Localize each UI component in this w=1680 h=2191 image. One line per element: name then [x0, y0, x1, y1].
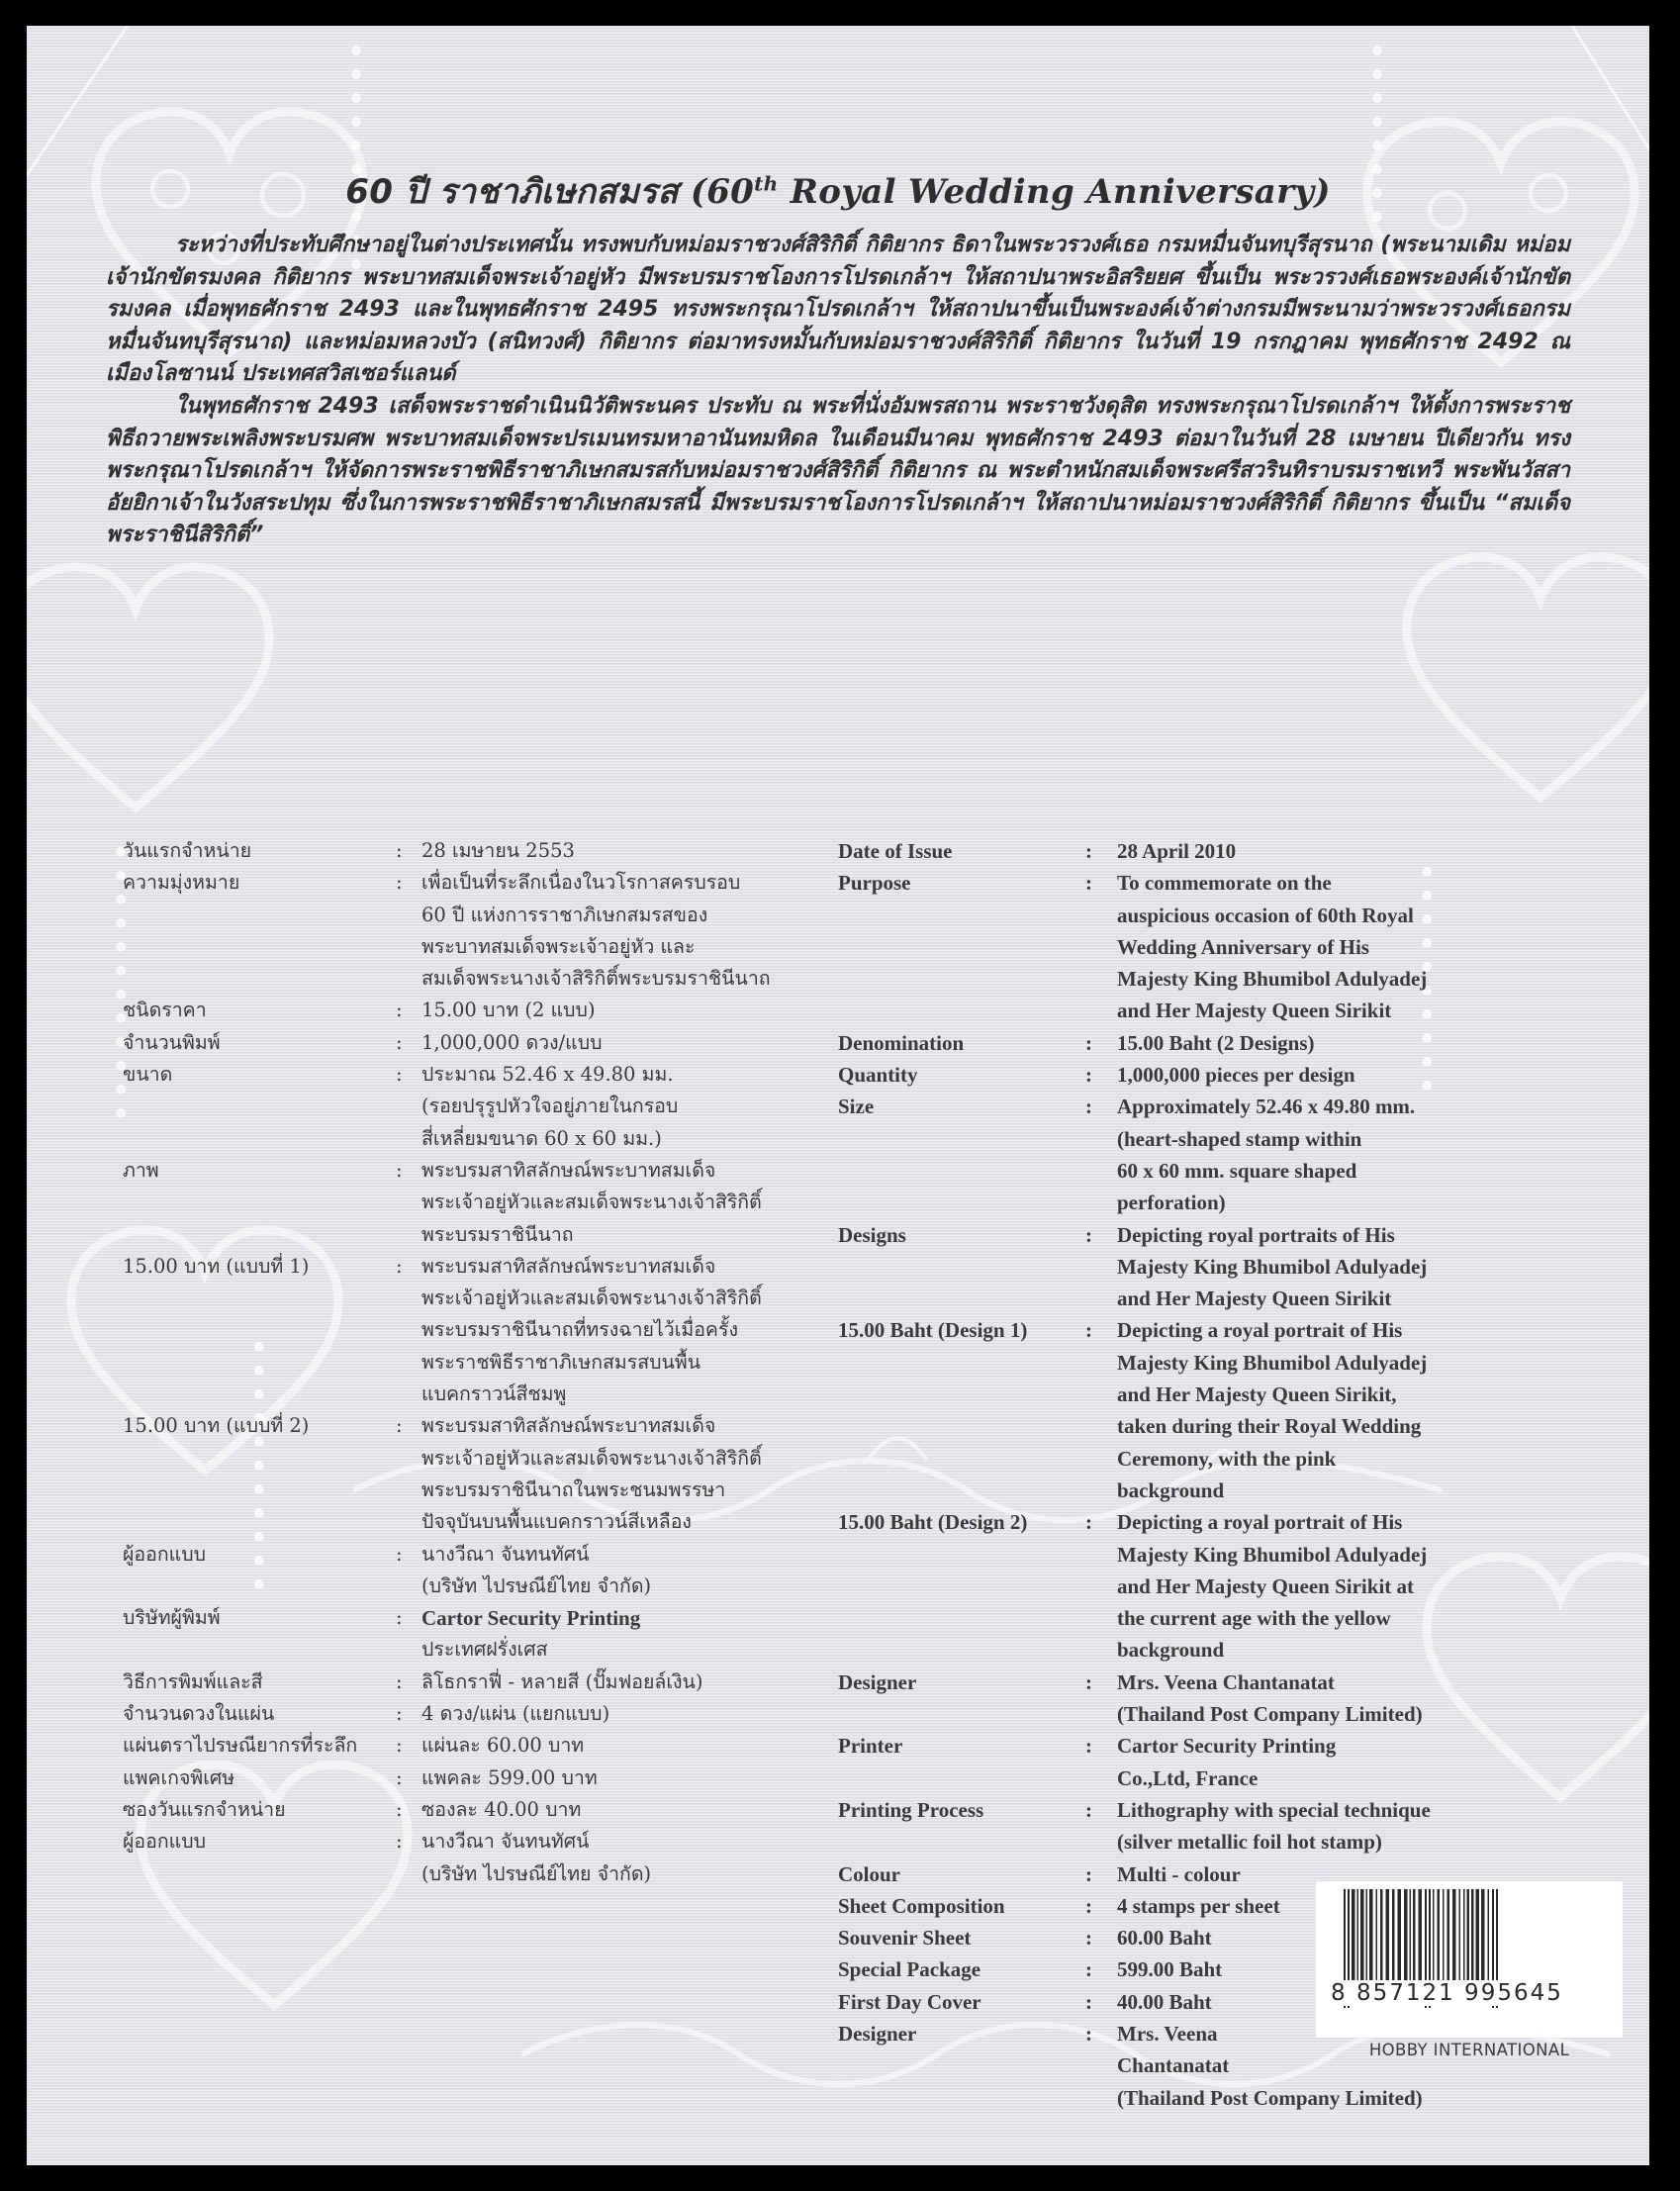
- detail-value-line: and Her Majesty Queen Sirikit,: [1117, 1379, 1511, 1410]
- detail-value-line: (heart-shaped stamp within: [1117, 1123, 1511, 1155]
- detail-label: ผู้ออกแบบ: [123, 1826, 396, 1890]
- detail-value-line: Co.,Ltd, France: [1117, 1762, 1511, 1794]
- vendor-label: HOBBY INTERNATIONAL: [1331, 2041, 1608, 2059]
- detail-value-line: สมเด็จพระนางเจ้าสิริกิติ์พระบรมราชินีนาถ: [421, 963, 815, 995]
- detail-value: 28 เมษายน 2553: [421, 835, 815, 867]
- detail-value-line: พระบรมสาทิสลักษณ์พระบาทสมเด็จ: [421, 1251, 815, 1283]
- detail-row: วันแรกจำหน่าย:28 เมษายน 2553: [123, 835, 815, 867]
- detail-value: Depicting a royal portrait of HisMajesty…: [1117, 1314, 1511, 1506]
- detail-value-line: To commemorate on the: [1117, 867, 1511, 899]
- detail-value: เพื่อเป็นที่ระลึกเนื่องในวโรกาสครบรอบ60 …: [421, 867, 815, 995]
- detail-colon: :: [1085, 1506, 1117, 1666]
- detail-value: แพคละ 599.00 บาท: [421, 1762, 815, 1794]
- detail-value-line: (รอยปรุรูปหัวใจอยู่ภายในกรอบ: [421, 1091, 815, 1122]
- detail-value-line: Ceremony, with the pink: [1117, 1443, 1511, 1475]
- detail-value-line: พระบรมราชินีนาถที่ทรงฉายไว้เมื่อครั้ง: [421, 1314, 815, 1346]
- detail-value: 1,000,000 ดวง/แบบ: [421, 1027, 815, 1059]
- detail-value-line: พระบรมราชินีนาถ: [421, 1219, 815, 1251]
- detail-label: Printer: [838, 1730, 1085, 1794]
- detail-value: นางวีณา จันทนทัศน์(บริษัท ไปรษณีย์ไทย จำ…: [421, 1826, 815, 1890]
- detail-label: Designer: [838, 2018, 1085, 2114]
- detail-row: Date of Issue:28 April 2010: [838, 835, 1511, 867]
- detail-value-line: (Thailand Post Company Limited): [1117, 1698, 1511, 1730]
- detail-row: จำนวนพิมพ์:1,000,000 ดวง/แบบ: [123, 1027, 815, 1059]
- detail-row: Printer:Cartor Security PrintingCo.,Ltd,…: [838, 1730, 1511, 1794]
- detail-value-line: พระเจ้าอยู่หัวและสมเด็จพระนางเจ้าสิริกิต…: [421, 1283, 815, 1314]
- detail-colon: :: [396, 1155, 421, 1251]
- detail-value-line: Mrs. Veena Chantanatat: [1117, 1667, 1511, 1698]
- detail-colon: :: [396, 835, 421, 867]
- detail-label: ความมุ่งหมาย: [123, 867, 396, 995]
- detail-label: ชนิดราคา: [123, 995, 396, 1026]
- detail-colon: :: [396, 1667, 421, 1698]
- detail-value-line: ประเทศฝรั่งเศส: [421, 1634, 815, 1666]
- detail-row: ผู้ออกแบบ:นางวีณา จันทนทัศน์(บริษัท ไปรษ…: [123, 1826, 815, 1890]
- detail-value-line: เพื่อเป็นที่ระลึกเนื่องในวโรกาสครบรอบ: [421, 867, 815, 899]
- detail-colon: :: [396, 1539, 421, 1603]
- intro-text: ระหว่างที่ประทับศึกษาอยู่ในต่างประเทศนั้…: [106, 230, 1570, 552]
- detail-value: Lithography with special technique(silve…: [1117, 1794, 1511, 1858]
- detail-value-line: the current age with the yellow: [1117, 1602, 1511, 1634]
- detail-value: To commemorate on theauspicious occasion…: [1117, 867, 1511, 1026]
- barcode: 8 857121 995645: [1316, 1881, 1623, 2038]
- detail-value-line: 60 x 60 mm. square shaped: [1117, 1155, 1511, 1187]
- detail-value: 4 ดวง/แผ่น (แยกแบบ): [421, 1698, 815, 1730]
- detail-value-line: พระบรมสาทิสลักษณ์พระบาทสมเด็จ: [421, 1155, 815, 1187]
- detail-colon: :: [1085, 1219, 1117, 1315]
- intro-paragraph: ระหว่างที่ประทับศึกษาอยู่ในต่างประเทศนั้…: [106, 230, 1570, 391]
- detail-value-line: 28 เมษายน 2553: [421, 835, 815, 867]
- detail-label: 15.00 Baht (Design 1): [838, 1314, 1085, 1506]
- detail-value-line: (บริษัท ไปรษณีย์ไทย จำกัด): [421, 1571, 815, 1602]
- detail-value-line: Cartor Security Printing: [1117, 1730, 1511, 1762]
- detail-value: 28 April 2010: [1117, 835, 1511, 867]
- intro-paragraph: ในพุทธศักราช 2493 เสด็จพระราชดำเนินนิวัต…: [106, 391, 1570, 552]
- detail-colon: :: [1085, 1667, 1117, 1731]
- detail-value-line: background: [1117, 1475, 1511, 1506]
- detail-colon: :: [396, 1698, 421, 1730]
- detail-value-line: นางวีณา จันทนทัศน์: [421, 1826, 815, 1858]
- detail-label: Souvenir Sheet: [838, 1922, 1085, 1953]
- detail-value: นางวีณา จันทนทัศน์(บริษัท ไปรษณีย์ไทย จำ…: [421, 1539, 815, 1603]
- detail-label: Designs: [838, 1219, 1085, 1315]
- detail-row: 15.00 Baht (Design 1):Depicting a royal …: [838, 1314, 1511, 1506]
- detail-row: Printing Process:Lithography with specia…: [838, 1794, 1511, 1858]
- detail-value-line: Majesty King Bhumibol Adulyadej: [1117, 1539, 1511, 1571]
- detail-row: ซองวันแรกจำหน่าย:ซองละ 40.00 บาท: [123, 1794, 815, 1826]
- detail-colon: :: [1085, 1986, 1117, 2018]
- detail-value-line: สี่เหลี่ยมขนาด 60 x 60 มม.): [421, 1123, 815, 1155]
- detail-label: จำนวนดวงในแผ่น: [123, 1698, 396, 1730]
- detail-colon: :: [1085, 2018, 1117, 2114]
- detail-value: Mrs. Veena Chantanatat(Thailand Post Com…: [1117, 1667, 1511, 1731]
- detail-value: พระบรมสาทิสลักษณ์พระบาทสมเด็จพระเจ้าอยู่…: [421, 1410, 815, 1538]
- detail-colon: :: [1085, 1730, 1117, 1794]
- detail-label: Sheet Composition: [838, 1890, 1085, 1922]
- detail-value: Depicting a royal portrait of HisMajesty…: [1117, 1506, 1511, 1666]
- detail-value-line: Lithography with special technique: [1117, 1794, 1511, 1826]
- detail-row: ชนิดราคา:15.00 บาท (2 แบบ): [123, 995, 815, 1026]
- detail-value: ประมาณ 52.46 x 49.80 มม.(รอยปรุรูปหัวใจอ…: [421, 1059, 815, 1155]
- detail-value-line: Depicting a royal portrait of His: [1117, 1506, 1511, 1538]
- detail-value-line: พระเจ้าอยู่หัวและสมเด็จพระนางเจ้าสิริกิต…: [421, 1443, 815, 1475]
- detail-row: จำนวนดวงในแผ่น:4 ดวง/แผ่น (แยกแบบ): [123, 1698, 815, 1730]
- detail-label: Printing Process: [838, 1794, 1085, 1858]
- detail-row: Quantity:1,000,000 pieces per design: [838, 1059, 1511, 1091]
- detail-value-line: Majesty King Bhumibol Adulyadej: [1117, 963, 1511, 995]
- detail-colon: :: [396, 1762, 421, 1794]
- detail-value-line: พระบรมราชินีนาถในพระชนมพรรษา: [421, 1475, 815, 1506]
- detail-value-line: 15.00 บาท (2 แบบ): [421, 995, 815, 1026]
- detail-row: Denomination:15.00 Baht (2 Designs): [838, 1027, 1511, 1059]
- detail-value-line: (บริษัท ไปรษณีย์ไทย จำกัด): [421, 1858, 815, 1890]
- detail-colon: :: [1085, 1027, 1117, 1059]
- detail-row: Purpose:To commemorate on theauspicious …: [838, 867, 1511, 1026]
- detail-value: 15.00 บาท (2 แบบ): [421, 995, 815, 1026]
- detail-value-line: ประมาณ 52.46 x 49.80 มม.: [421, 1059, 815, 1091]
- heart-ornament-icon: [1392, 540, 1649, 817]
- detail-value-line: auspicious occasion of 60th Royal: [1117, 900, 1511, 931]
- detail-value-line: 1,000,000 ดวง/แบบ: [421, 1027, 815, 1059]
- detail-colon: :: [396, 1826, 421, 1890]
- detail-value-line: นางวีณา จันทนทัศน์: [421, 1539, 815, 1571]
- detail-value-line: ปัจจุบันบนพื้นแบคกราวน์สีเหลือง: [421, 1506, 815, 1538]
- detail-label: 15.00 Baht (Design 2): [838, 1506, 1085, 1666]
- detail-label: ขนาด: [123, 1059, 396, 1155]
- detail-value: พระบรมสาทิสลักษณ์พระบาทสมเด็จพระเจ้าอยู่…: [421, 1251, 815, 1410]
- detail-value-line: แบคกราวน์สีชมพู: [421, 1379, 815, 1410]
- thai-details-table: วันแรกจำหน่าย:28 เมษายน 2553ความมุ่งหมาย…: [123, 835, 815, 1890]
- detail-value-line: Approximately 52.46 x 49.80 mm.: [1117, 1091, 1511, 1122]
- title-thai: 60 ปี ราชาภิเษกสมรส: [345, 172, 678, 212]
- detail-row: วิธีการพิมพ์และสี:ลิโธกราฟี่ - หลายสี (ป…: [123, 1667, 815, 1698]
- detail-label: 15.00 บาท (แบบที่ 1): [123, 1251, 396, 1410]
- detail-colon: :: [396, 1794, 421, 1826]
- heart-ornament-icon: [27, 550, 284, 827]
- detail-value-line: Majesty King Bhumibol Adulyadej: [1117, 1347, 1511, 1379]
- detail-label: ซองวันแรกจำหน่าย: [123, 1794, 396, 1826]
- detail-label: วันแรกจำหน่าย: [123, 835, 396, 867]
- detail-colon: :: [396, 867, 421, 995]
- detail-label: วิธีการพิมพ์และสี: [123, 1667, 396, 1698]
- detail-value-line: พระราชพิธีราชาภิเษกสมรสบนพื้น: [421, 1347, 815, 1379]
- detail-row: Size:Approximately 52.46 x 49.80 mm.(hea…: [838, 1091, 1511, 1218]
- detail-label: Colour: [838, 1858, 1085, 1890]
- detail-colon: :: [1085, 1794, 1117, 1858]
- detail-row: Designer:Mrs. Veena Chantanatat(Thailand…: [838, 1667, 1511, 1731]
- detail-colon: :: [1085, 835, 1117, 867]
- detail-value: Approximately 52.46 x 49.80 mm.(heart-sh…: [1117, 1091, 1511, 1218]
- detail-value-line: 28 April 2010: [1117, 835, 1511, 867]
- detail-row: ขนาด:ประมาณ 52.46 x 49.80 มม.(รอยปรุรูปห…: [123, 1059, 815, 1155]
- detail-row: 15.00 บาท (แบบที่ 2):พระบรมสาทิสลักษณ์พร…: [123, 1410, 815, 1538]
- detail-value-line: Depicting royal portraits of His: [1117, 1219, 1511, 1251]
- detail-value-line: พระบรมสาทิสลักษณ์พระบาทสมเด็จ: [421, 1410, 815, 1442]
- detail-label: จำนวนพิมพ์: [123, 1027, 396, 1059]
- detail-row: แพคเกจพิเศษ:แพคละ 599.00 บาท: [123, 1762, 815, 1794]
- detail-value-line: Cartor Security Printing: [421, 1602, 815, 1634]
- detail-value-line: Majesty King Bhumibol Adulyadej: [1117, 1251, 1511, 1283]
- detail-label: แผ่นตราไปรษณียากรที่ระลึก: [123, 1730, 396, 1762]
- detail-row: Designs:Depicting royal portraits of His…: [838, 1219, 1511, 1315]
- detail-value-line: แพคละ 599.00 บาท: [421, 1762, 815, 1794]
- detail-label: Quantity: [838, 1059, 1085, 1091]
- detail-colon: :: [1085, 1890, 1117, 1922]
- detail-label: ผู้ออกแบบ: [123, 1539, 396, 1603]
- detail-value: 15.00 Baht (2 Designs): [1117, 1027, 1511, 1059]
- detail-value-line: ซองละ 40.00 บาท: [421, 1794, 815, 1826]
- detail-value-line: taken during their Royal Wedding: [1117, 1410, 1511, 1442]
- detail-colon: :: [1085, 1091, 1117, 1218]
- detail-value-line: and Her Majesty Queen Sirikit: [1117, 995, 1511, 1026]
- detail-value-line: (silver metallic foil hot stamp): [1117, 1826, 1511, 1858]
- detail-value-line: 4 ดวง/แผ่น (แยกแบบ): [421, 1698, 815, 1730]
- detail-label: Denomination: [838, 1027, 1085, 1059]
- detail-value-line: Depicting a royal portrait of His: [1117, 1314, 1511, 1346]
- detail-value-line: พระบาทสมเด็จพระเจ้าอยู่หัว และ: [421, 931, 815, 963]
- detail-row: แผ่นตราไปรษณียากรที่ระลึก:แผ่นละ 60.00 บ…: [123, 1730, 815, 1762]
- detail-label: Purpose: [838, 867, 1085, 1026]
- detail-value-line: perforation): [1117, 1187, 1511, 1218]
- detail-colon: :: [396, 1027, 421, 1059]
- detail-row: 15.00 Baht (Design 2):Depicting a royal …: [838, 1506, 1511, 1666]
- detail-value: ลิโธกราฟี่ - หลายสี (ปั๊มฟอยล์เงิน): [421, 1667, 815, 1698]
- detail-value-line: (Thailand Post Company Limited): [1117, 2082, 1511, 2114]
- detail-value-line: background: [1117, 1634, 1511, 1666]
- detail-colon: :: [1085, 1858, 1117, 1890]
- detail-row: บริษัทผู้พิมพ์:Cartor Security Printingป…: [123, 1602, 815, 1667]
- detail-value-line: and Her Majesty Queen Sirikit: [1117, 1283, 1511, 1314]
- detail-colon: :: [396, 1730, 421, 1762]
- detail-label: Date of Issue: [838, 835, 1085, 867]
- detail-label: แพคเกจพิเศษ: [123, 1762, 396, 1794]
- title-english: (60th Royal Wedding Anniversary): [691, 172, 1331, 212]
- detail-label: Designer: [838, 1667, 1085, 1731]
- detail-value-line: and Her Majesty Queen Sirikit at: [1117, 1571, 1511, 1602]
- detail-colon: :: [1085, 1922, 1117, 1953]
- detail-label: ภาพ: [123, 1155, 396, 1251]
- detail-value: Depicting royal portraits of HisMajesty …: [1117, 1219, 1511, 1315]
- detail-value: Cartor Security PrintingCo.,Ltd, France: [1117, 1730, 1511, 1794]
- detail-colon: :: [396, 1602, 421, 1667]
- detail-value-line: Wedding Anniversary of His: [1117, 931, 1511, 963]
- detail-value: ซองละ 40.00 บาท: [421, 1794, 815, 1826]
- detail-value-line: 1,000,000 pieces per design: [1117, 1059, 1511, 1091]
- detail-row: ภาพ:พระบรมสาทิสลักษณ์พระบาทสมเด็จพระเจ้า…: [123, 1155, 815, 1251]
- detail-value-line: 15.00 Baht (2 Designs): [1117, 1027, 1511, 1059]
- detail-colon: :: [396, 1251, 421, 1410]
- detail-label: First Day Cover: [838, 1986, 1085, 2018]
- page-title: 60 ปี ราชาภิเษกสมรส (60th Royal Wedding …: [27, 164, 1649, 218]
- detail-value: แผ่นละ 60.00 บาท: [421, 1730, 815, 1762]
- detail-value-line: แผ่นละ 60.00 บาท: [421, 1730, 815, 1762]
- detail-row: ผู้ออกแบบ:นางวีณา จันทนทัศน์(บริษัท ไปรษ…: [123, 1539, 815, 1603]
- detail-value-line: 60 ปี แห่งการราชาภิเษกสมรสของ: [421, 900, 815, 931]
- detail-row: ความมุ่งหมาย:เพื่อเป็นที่ระลึกเนื่องในวโ…: [123, 867, 815, 995]
- detail-colon: :: [396, 995, 421, 1026]
- detail-row: 15.00 บาท (แบบที่ 1):พระบรมสาทิสลักษณ์พร…: [123, 1251, 815, 1410]
- detail-colon: :: [1085, 867, 1117, 1026]
- detail-value: Cartor Security Printingประเทศฝรั่งเศส: [421, 1602, 815, 1667]
- detail-value-line: ลิโธกราฟี่ - หลายสี (ปั๊มฟอยล์เงิน): [421, 1667, 815, 1698]
- detail-value-line: พระเจ้าอยู่หัวและสมเด็จพระนางเจ้าสิริกิต…: [421, 1187, 815, 1218]
- detail-label: 15.00 บาท (แบบที่ 2): [123, 1410, 396, 1538]
- detail-colon: :: [1085, 1953, 1117, 1985]
- barcode-number: 8 857121 995645: [1330, 1980, 1607, 2006]
- detail-label: บริษัทผู้พิมพ์: [123, 1602, 396, 1667]
- detail-colon: :: [396, 1410, 421, 1538]
- detail-colon: :: [396, 1059, 421, 1155]
- detail-label: Size: [838, 1091, 1085, 1218]
- detail-colon: :: [1085, 1314, 1117, 1506]
- detail-value: พระบรมสาทิสลักษณ์พระบาทสมเด็จพระเจ้าอยู่…: [421, 1155, 815, 1251]
- stamp-info-sheet: 60 ปี ราชาภิเษกสมรส (60th Royal Wedding …: [27, 26, 1649, 2165]
- detail-label: Special Package: [838, 1953, 1085, 1985]
- detail-value: 1,000,000 pieces per design: [1117, 1059, 1511, 1091]
- detail-colon: :: [1085, 1059, 1117, 1091]
